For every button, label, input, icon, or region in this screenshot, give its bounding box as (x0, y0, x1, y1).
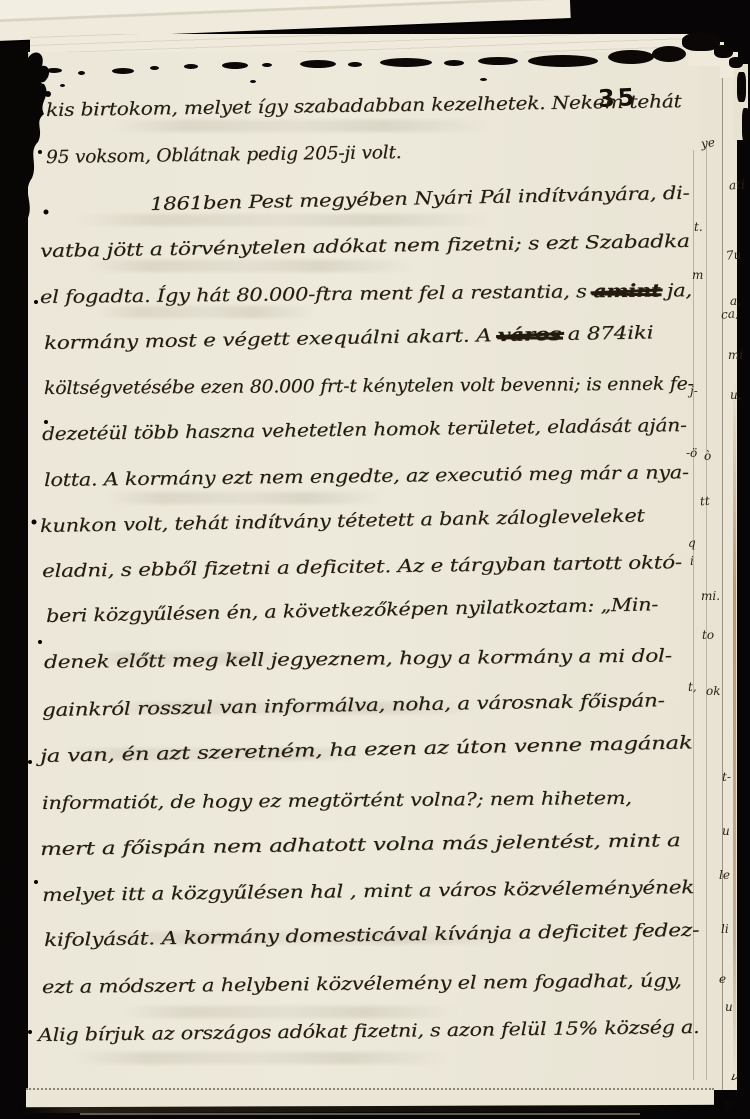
edge-fragment: ye (700, 135, 716, 151)
ink-smudge (608, 50, 654, 64)
edge-fragment: -ö (686, 446, 697, 460)
ghost-text-smudge (120, 1006, 460, 1018)
edge-fragment: t- (722, 770, 731, 784)
ink-smudge (478, 57, 518, 65)
ghost-text-smudge (72, 214, 492, 226)
ghost-text-smudge (104, 492, 384, 504)
corner-shadow (737, 72, 746, 102)
ink-smudge (480, 78, 487, 81)
edge-fragment: li (721, 922, 729, 936)
edge-fragment: t. (694, 220, 703, 234)
ink-smudge (300, 60, 336, 68)
struck-word: város (498, 324, 561, 346)
scanned-manuscript-page: 35 kis birtokom, melyet így szabadabban … (0, 0, 750, 1119)
edge-fragment: mi. (701, 589, 720, 603)
ink-smudge (250, 80, 256, 83)
ink-smudge (112, 68, 134, 74)
edge-fragment: u (725, 1000, 733, 1014)
ink-smudge (348, 62, 362, 67)
scanner-mark (0, 1064, 18, 1106)
edge-fragment: ati (729, 177, 746, 192)
page-edge-strip-1 (700, 58, 722, 1090)
edge-fragment: u, (730, 388, 742, 402)
edge-fragment: 7u (725, 247, 742, 263)
corner-shadow (729, 57, 743, 68)
edge-fragment: le (719, 868, 730, 882)
edge-fragment: ca, (720, 306, 739, 321)
ghost-text-smudge (70, 1052, 450, 1064)
struck-word: amint (593, 281, 661, 303)
edge-fragment: ok (706, 684, 721, 698)
edge-fragment: ò (704, 449, 711, 463)
ghost-text-smudge (110, 120, 490, 132)
ink-smudge (184, 64, 198, 69)
edge-fragment: e (719, 972, 726, 986)
ink-smudge (150, 66, 159, 70)
edge-fragment: t, (688, 680, 697, 694)
edge-fragment: u (722, 824, 730, 838)
edge-fragment: to (702, 628, 714, 642)
bottom-edge-sliver (80, 1113, 640, 1115)
page-edge-line (706, 140, 707, 1080)
corner-shadow (742, 108, 749, 142)
edge-fragment: tt (700, 494, 711, 509)
ghost-text-smudge (84, 260, 414, 272)
edge-fragment: mi (728, 348, 743, 362)
corner-shadow (714, 45, 733, 58)
edge-fragment: q (688, 536, 696, 550)
page-edge-highlight (733, 380, 736, 1080)
ink-smudge (444, 60, 464, 66)
ink-smudge (652, 46, 686, 62)
ghost-text-smudge (96, 306, 316, 318)
bottom-stack-shadow (18, 1105, 724, 1113)
edge-fragment: m (692, 268, 703, 282)
edge-fragment: j- (690, 384, 698, 398)
edge-fragment: i (690, 554, 694, 568)
ink-smudge (222, 62, 248, 69)
ink-smudge (380, 58, 432, 67)
ink-smudge (528, 55, 598, 67)
ink-smudge (78, 71, 85, 75)
bottom-corner-mark (722, 1097, 737, 1114)
ink-smudge (262, 63, 272, 67)
scanner-dot (4, 1091, 13, 1098)
